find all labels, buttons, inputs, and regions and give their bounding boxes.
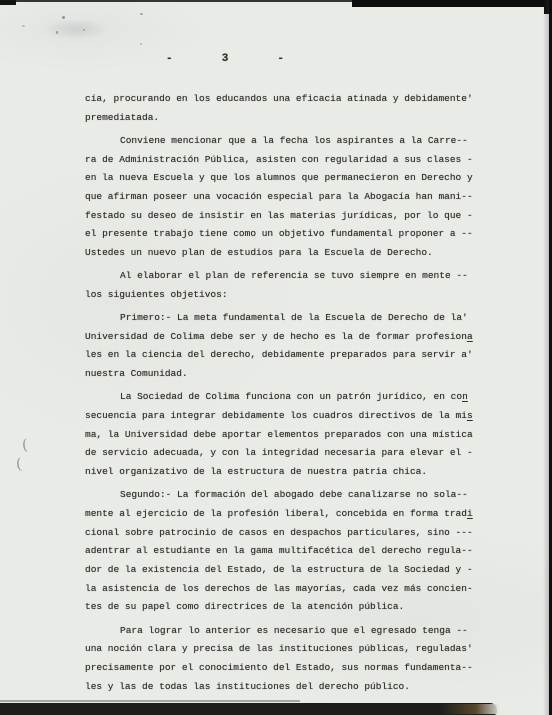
right-edge-shadow: [543, 0, 549, 715]
text-line: dor de la existencia del Estado, de la e…: [85, 561, 485, 580]
pencil-speck: [140, 13, 143, 15]
page-number-dash-left: -: [166, 53, 173, 65]
text-line: Segundo:- La formación del abogado debe …: [85, 486, 485, 505]
text-line: premediatada.: [85, 109, 485, 128]
text-line: que afirman poseer una vocación especial…: [85, 188, 485, 207]
text-line: mente al ejercicio de la profesión liber…: [85, 505, 485, 524]
bottom-hairline: [0, 700, 300, 702]
bottom-edge-fade: [440, 704, 500, 714]
text-line: los siguientes objetivos:: [85, 286, 485, 305]
text-line: el presente trabajo tiene como un objeti…: [85, 225, 485, 244]
pencil-speck: [62, 16, 65, 19]
text-line: Primero:- La meta fundamental de la Escu…: [85, 309, 485, 328]
text-line: precisamente por el conocimiento del Est…: [85, 659, 485, 678]
text-line: Conviene mencionar que a la fecha los as…: [85, 132, 485, 151]
text-line: nuestra Comunidad.: [85, 365, 485, 384]
text-line: una noción clara y precisa de las instit…: [85, 640, 485, 659]
text-line: en la nueva Escuela y que los alumnos qu…: [85, 169, 485, 188]
page-number-dash-right: -: [277, 53, 284, 65]
pencil-speck: [56, 31, 58, 34]
text-block: cía, procurando en los educandos una efi…: [85, 90, 485, 696]
pencil-speck: [83, 29, 85, 31]
pencil-speck: [140, 43, 142, 45]
top-right-edge-bar: [352, 0, 552, 7]
text-line: cional sobre patrocinio de casos en desp…: [85, 524, 485, 543]
pencil-smudge: [40, 18, 110, 40]
text-line: secuencia para integrar debidamente los …: [85, 407, 485, 426]
text-line: les en la ciencia del derecho, debidamen…: [85, 346, 485, 365]
text-line: La Sociedad de Colima funciona con un pa…: [85, 388, 485, 407]
text-line: ra de Administración Pública, asisten co…: [85, 151, 485, 170]
text-line: Ustedes un nuevo plan de estudios para l…: [85, 244, 485, 263]
text-line: tes de su papel como directrices de la a…: [85, 598, 485, 617]
page-number: - 3 -: [166, 53, 284, 65]
text-line: Universidad de Colima debe ser y de hech…: [85, 328, 485, 347]
text-line: Para lograr lo anterior es necesario que…: [85, 622, 485, 641]
text-line: adentrar al estudiante en la gama multif…: [85, 542, 485, 561]
top-left-corner-mark: [0, 0, 16, 5]
bottom-edge-bar: [0, 703, 497, 715]
scanned-document-page: ( ( - 3 - cía, procurando en los educand…: [0, 0, 552, 715]
margin-parenthesis-mark: (: [21, 436, 29, 455]
margin-parenthesis-mark: (: [15, 455, 23, 474]
text-line: cía, procurando en los educandos una efi…: [85, 90, 485, 109]
text-line: ma, la Universidad debe aportar elemento…: [85, 426, 485, 445]
text-line: les y las de todas las instituciones del…: [85, 678, 485, 697]
text-line: la asistencia de los derechos de las may…: [85, 580, 485, 599]
text-line: nivel organizativo de la estructura de n…: [85, 463, 485, 482]
text-line: Al elaborar el plan de referencia se tuv…: [85, 267, 485, 286]
page-number-value: 3: [222, 53, 229, 65]
pencil-speck: [22, 25, 25, 27]
text-line: festado su deseo de insistir en las mate…: [85, 207, 485, 226]
text-line: de servicio adecuada, y con la integrida…: [85, 444, 485, 463]
